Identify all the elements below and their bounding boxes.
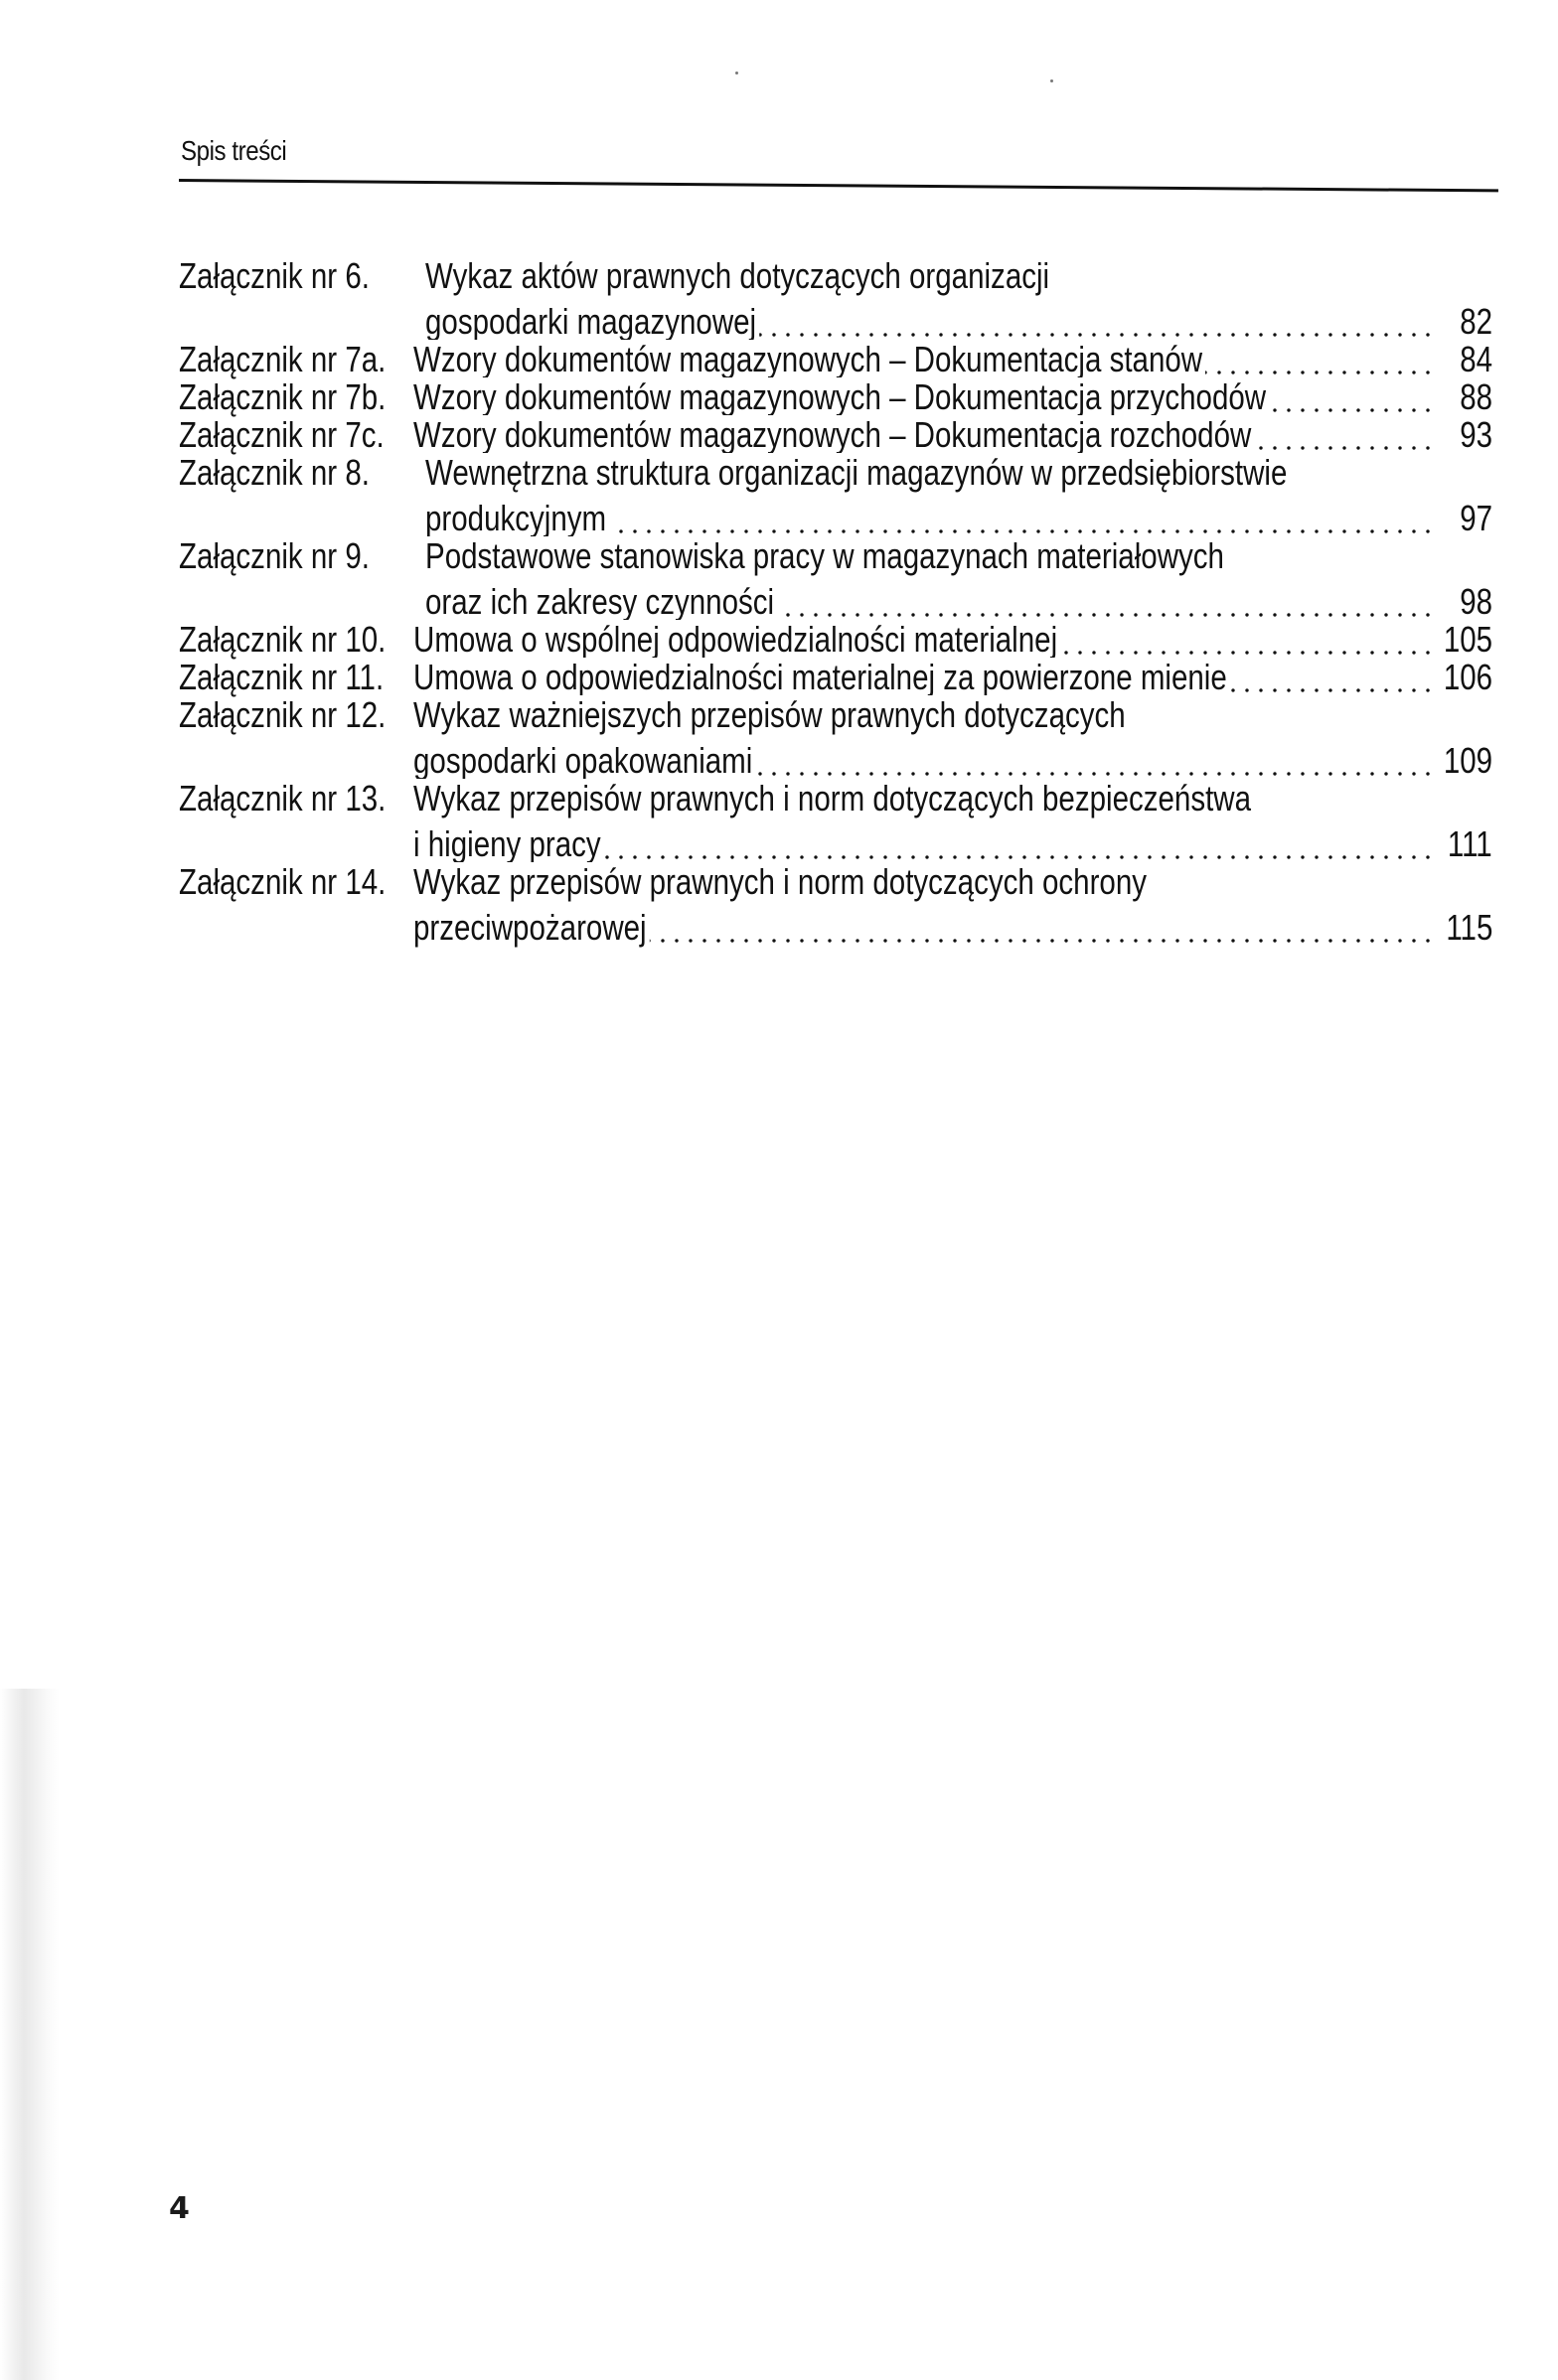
toc-entry-continuation[interactable]: przeciwpożarowej115: [179, 908, 1494, 948]
header-rule: [179, 179, 1498, 192]
toc-entry-title: Wykaz przepisów prawnych i norm dotycząc…: [413, 862, 1150, 902]
toc-entry-title: gospodarki opakowaniami: [413, 741, 756, 781]
toc-entry-continuation[interactable]: gospodarki opakowaniami109: [179, 741, 1494, 781]
toc-page-number: 106: [1439, 658, 1492, 697]
scan-edge-shadow: [0, 1689, 60, 2380]
toc-entry-continuation[interactable]: gospodarki magazynowej82: [179, 302, 1494, 342]
toc-entry-label: Załącznik nr 7c.: [179, 415, 385, 455]
toc-entry[interactable]: Załącznik nr 9.Podstawowe stanowiska pra…: [179, 536, 1494, 576]
toc-entry-title: Wzory dokumentów magazynowych – Dokument…: [413, 415, 1255, 455]
toc-entry-title: Wzory dokumentów magazynowych – Dokument…: [413, 377, 1269, 417]
toc-entry-label: Załącznik nr 7a.: [179, 340, 386, 379]
toc-page-number: 98: [1455, 582, 1492, 622]
toc-entry[interactable]: Załącznik nr 7c.Wzory dokumentów magazyn…: [179, 415, 1494, 455]
toc-page-number: 84: [1455, 340, 1492, 379]
scan-speck: [1050, 79, 1053, 82]
page-number: 4: [169, 2191, 190, 2226]
toc-entry-continuation[interactable]: oraz ich zakresy czynności98: [179, 582, 1494, 622]
running-head: Spis treści: [181, 135, 286, 167]
toc-page-number: 88: [1455, 377, 1492, 417]
toc-entry[interactable]: Załącznik nr 8.Wewnętrzna struktura orga…: [179, 453, 1494, 493]
toc-entry[interactable]: Załącznik nr 14.Wykaz przepisów prawnych…: [179, 862, 1494, 902]
toc-entry-title: Wykaz aktów prawnych dotyczących organiz…: [425, 256, 1052, 296]
toc-entry-title: i higieny pracy: [413, 824, 604, 864]
toc-entry-label: Załącznik nr 14.: [179, 862, 386, 902]
toc-entry-label: Załącznik nr 12.: [179, 695, 386, 735]
toc-entry-title: przeciwpożarowej: [413, 908, 650, 948]
toc-entry-title: produkcyjnym: [425, 499, 609, 538]
toc-page-number: 109: [1439, 741, 1492, 781]
toc-entry-title: Wykaz przepisów prawnych i norm dotycząc…: [413, 779, 1254, 818]
scan-speck: [735, 72, 738, 74]
toc-page-number: 93: [1455, 415, 1492, 455]
toc-entry-title: Wzory dokumentów magazynowych – Dokument…: [413, 340, 1205, 379]
toc-entry-title: oraz ich zakresy czynności: [425, 582, 777, 622]
toc-entry-label: Załącznik nr 6.: [179, 256, 370, 296]
toc-entry-label: Załącznik nr 10.: [179, 620, 386, 660]
toc-entry-title: Podstawowe stanowiska pracy w magazynach…: [425, 536, 1227, 576]
toc-page-number: 97: [1455, 499, 1492, 538]
toc-entry-continuation[interactable]: produkcyjnym97: [179, 499, 1494, 538]
toc-entry-title: Wykaz ważniejszych przepisów prawnych do…: [413, 695, 1129, 735]
toc-entry-label: Załącznik nr 8.: [179, 453, 370, 493]
toc-page-number: 105: [1439, 620, 1492, 660]
toc-entry-label: Załącznik nr 9.: [179, 536, 370, 576]
toc-entry[interactable]: Załącznik nr 13.Wykaz przepisów prawnych…: [179, 779, 1494, 818]
toc-entry[interactable]: Załącznik nr 7a.Wzory dokumentów magazyn…: [179, 340, 1494, 379]
toc-entry[interactable]: Załącznik nr 6.Wykaz aktów prawnych doty…: [179, 256, 1494, 296]
toc-entry-title: Umowa o odpowiedzialności materialnej za…: [413, 658, 1230, 697]
toc-page-number: 82: [1455, 302, 1492, 342]
toc-entry-continuation[interactable]: i higieny pracy111: [179, 824, 1494, 864]
toc-entry-title: Umowa o wspólnej odpowiedzialności mater…: [413, 620, 1060, 660]
toc-entry-label: Załącznik nr 7b.: [179, 377, 386, 417]
toc-entry-title: gospodarki magazynowej: [425, 302, 759, 342]
toc-entry-label: Załącznik nr 11.: [179, 658, 384, 697]
toc-entry-label: Załącznik nr 13.: [179, 779, 386, 818]
toc-entry[interactable]: Załącznik nr 10.Umowa o wspólnej odpowie…: [179, 620, 1494, 660]
toc-page-number: 115: [1441, 908, 1492, 948]
toc-entry[interactable]: Załącznik nr 7b.Wzory dokumentów magazyn…: [179, 377, 1494, 417]
toc-entry[interactable]: Załącznik nr 11.Umowa o odpowiedzialnośc…: [179, 658, 1494, 697]
toc-entry[interactable]: Załącznik nr 12.Wykaz ważniejszych przep…: [179, 695, 1494, 735]
toc-page-number: 111: [1443, 824, 1492, 864]
toc-entry-title: Wewnętrzna struktura organizacji magazyn…: [425, 453, 1291, 493]
